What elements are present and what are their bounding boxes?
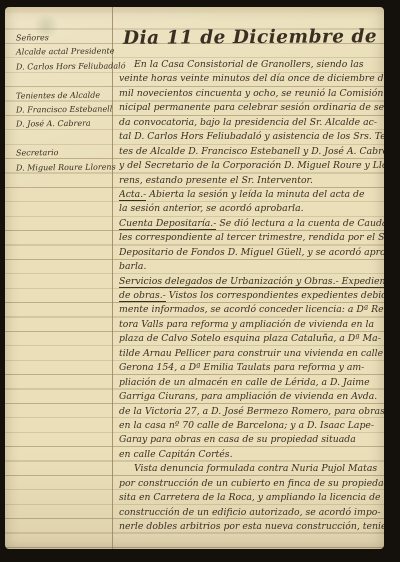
underlined-heading: Servicios delegados de Urbanización y Ob… — [119, 276, 384, 288]
text-segment: por construcción de un cubierto en finca… — [119, 478, 384, 489]
margin-note-line: Secretario — [16, 146, 112, 161]
text-segment: plaza de Calvo Sotelo esquina plaza Cata… — [119, 333, 381, 344]
text-segment: Abierta la sesión y leída la minuta del … — [146, 189, 364, 200]
text-segment: Garriga Ciurans, para ampliación de vivi… — [119, 391, 377, 402]
handwritten-line: la sesión anterior, se acordó aprobarla. — [119, 202, 384, 216]
handwritten-line: tora Valls para reforma y ampliación de … — [119, 318, 384, 332]
handwritten-line: Vista denuncia formulada contra Nuria Pu… — [119, 462, 384, 476]
handwritten-line: da convocatoria, bajo la presidencia del… — [119, 116, 384, 130]
margin-note-line: D. Carlos Hors Feliubadaló — [16, 59, 112, 74]
text-segment: tes de Alcalde D. Francisco Estebanell y… — [119, 146, 384, 157]
text-segment: Vistos los correspondientes expedientes … — [166, 290, 384, 301]
handwritten-line: pliación de un almacén en calle de Lérid… — [119, 376, 384, 390]
handwritten-line: de obras.- Vistos los correspondientes e… — [119, 289, 384, 303]
handwritten-line: Acta.- Abierta la sesión y leída la minu… — [119, 188, 384, 202]
margin-note-line — [16, 131, 112, 146]
handwritten-line: nicipal permanente para celebrar sesión … — [119, 101, 384, 115]
text-segment: tal D. Carlos Hors Feliubadaló y asisten… — [119, 131, 384, 142]
handwritten-line: Cuenta Depositaría.- Se dió lectura a la… — [119, 217, 384, 231]
text-segment: mil novecientos cincuenta y ocho, se reu… — [119, 88, 384, 99]
text-segment: tora Valls para reforma y ampliación de … — [119, 319, 374, 330]
margin-note-line: D. José A. Cabrera — [16, 117, 112, 132]
handwritten-line: Servicios delegados de Urbanización y Ob… — [119, 275, 384, 289]
handwritten-line: Garriga Ciurans, para ampliación de vivi… — [119, 390, 384, 404]
text-segment: la sesión anterior, se acordó aprobarla. — [119, 203, 304, 214]
handwritten-line: tilde Arnau Pellicer para construir una … — [119, 347, 384, 361]
handwritten-line: construcción de un edificio autorizado, … — [119, 506, 384, 520]
handwritten-line: tes de Alcalde D. Francisco Estebanell y… — [119, 145, 384, 159]
minutes-page-paper: Dia 11 de Diciembre de 1958 SeñoresAlcal… — [5, 7, 384, 549]
text-segment: en calle Capitán Cortés. — [119, 449, 233, 460]
handwritten-line: veinte horas veinte minutos del día once… — [119, 72, 384, 86]
handwritten-line: Garay para obras en casa de su propiedad… — [119, 433, 384, 447]
margin-note-line — [16, 74, 112, 89]
text-segment: Vista denuncia formulada contra Nuria Pu… — [134, 463, 377, 474]
text-segment: mente informados, se acordó conceder lic… — [119, 304, 384, 315]
handwritten-line: en la casa nº 70 calle de Barcelona; y a… — [119, 419, 384, 433]
handwritten-line: sita en Carretera de la Roca, y ampliand… — [119, 491, 384, 505]
text-segment: Depositario de Fondos D. Miguel Güell, y… — [119, 247, 384, 258]
underlined-heading: Acta.- — [119, 189, 146, 201]
text-segment: nerle dobles arbitrios por esta nueva co… — [119, 521, 384, 532]
text-segment: Se dió lectura a la cuenta de Cauda- — [216, 218, 384, 229]
underlined-heading: de obras.- — [119, 290, 166, 302]
text-segment: pliación de un almacén en calle de Lérid… — [119, 377, 370, 388]
margin-note-line: Alcalde actal Presidente — [16, 45, 112, 60]
text-segment: construcción de un edificio autorizado, … — [119, 507, 381, 518]
handwritten-line: Depositario de Fondos D. Miguel Güell, y… — [119, 246, 384, 260]
text-segment: y del Secretario de la Corporación D. Mi… — [119, 160, 384, 171]
handwritten-line: tal D. Carlos Hors Feliubadaló y asisten… — [119, 130, 384, 144]
margin-rule-line — [112, 7, 113, 549]
text-segment: En la Casa Consistorial de Granollers, s… — [134, 59, 364, 70]
scan-black-frame: Dia 11 de Diciembre de 1958 SeñoresAlcal… — [0, 0, 400, 562]
margin-note-line: Tenientes de Alcalde — [16, 88, 112, 103]
handwritten-line: mente informados, se acordó conceder lic… — [119, 303, 384, 317]
text-segment: rens, estando presente el Sr. Intervento… — [119, 175, 313, 186]
handwritten-line: y del Secretario de la Corporación D. Mi… — [119, 159, 384, 173]
handwritten-line: rens, estando presente el Sr. Intervento… — [119, 174, 384, 188]
text-segment: Garay para obras en casa de su propiedad… — [119, 434, 356, 445]
text-segment: en la casa nº 70 calle de Barcelona; y a… — [119, 420, 374, 431]
page-title: Dia 11 de Diciembre de 1958 — [123, 26, 384, 49]
text-segment: barla. — [119, 261, 146, 272]
handwritten-line: por construcción de un cubierto en finca… — [119, 477, 384, 491]
text-segment: veinte horas veinte minutos del día once… — [119, 73, 384, 84]
margin-note-line: D. Francisco Estebanell — [16, 103, 112, 118]
handwritten-line: mil novecientos cincuenta y ocho, se reu… — [119, 87, 384, 101]
margin-note-line: D. Miguel Roure Llorens — [16, 160, 112, 175]
handwritten-line: barla. — [119, 260, 384, 274]
handwritten-line: En la Casa Consistorial de Granollers, s… — [119, 58, 384, 72]
text-segment: Gerona 154, a Dª Emilia Taulats para ref… — [119, 362, 364, 373]
text-segment: de la Victoria 27, a D. José Bermezo Rom… — [119, 406, 384, 417]
text-segment: les correspondiente al tercer trimestre,… — [119, 232, 384, 243]
handwritten-line: nerle dobles arbitrios por esta nueva co… — [119, 520, 384, 534]
handwritten-line: plaza de Calvo Sotelo esquina plaza Cata… — [119, 332, 384, 346]
handwritten-line: en calle Capitán Cortés. — [119, 448, 384, 462]
text-segment: nicipal permanente para celebrar sesión … — [119, 102, 384, 113]
minutes-body-text: En la Casa Consistorial de Granollers, s… — [119, 58, 384, 544]
handwritten-line: de la Victoria 27, a D. José Bermezo Rom… — [119, 405, 384, 419]
margin-notes: SeñoresAlcalde actal PresidenteD. Carlos… — [16, 31, 112, 175]
text-segment: tilde Arnau Pellicer para construir una … — [119, 348, 383, 359]
margin-note-line: Señores — [16, 30, 112, 45]
underlined-heading: Cuenta Depositaría.- — [119, 218, 216, 230]
handwritten-line: les correspondiente al tercer trimestre,… — [119, 231, 384, 245]
text-segment: sita en Carretera de la Roca, y ampliand… — [119, 492, 381, 503]
text-segment: da convocatoria, bajo la presidencia del… — [119, 117, 377, 128]
handwritten-line: Gerona 154, a Dª Emilia Taulats para ref… — [119, 361, 384, 375]
